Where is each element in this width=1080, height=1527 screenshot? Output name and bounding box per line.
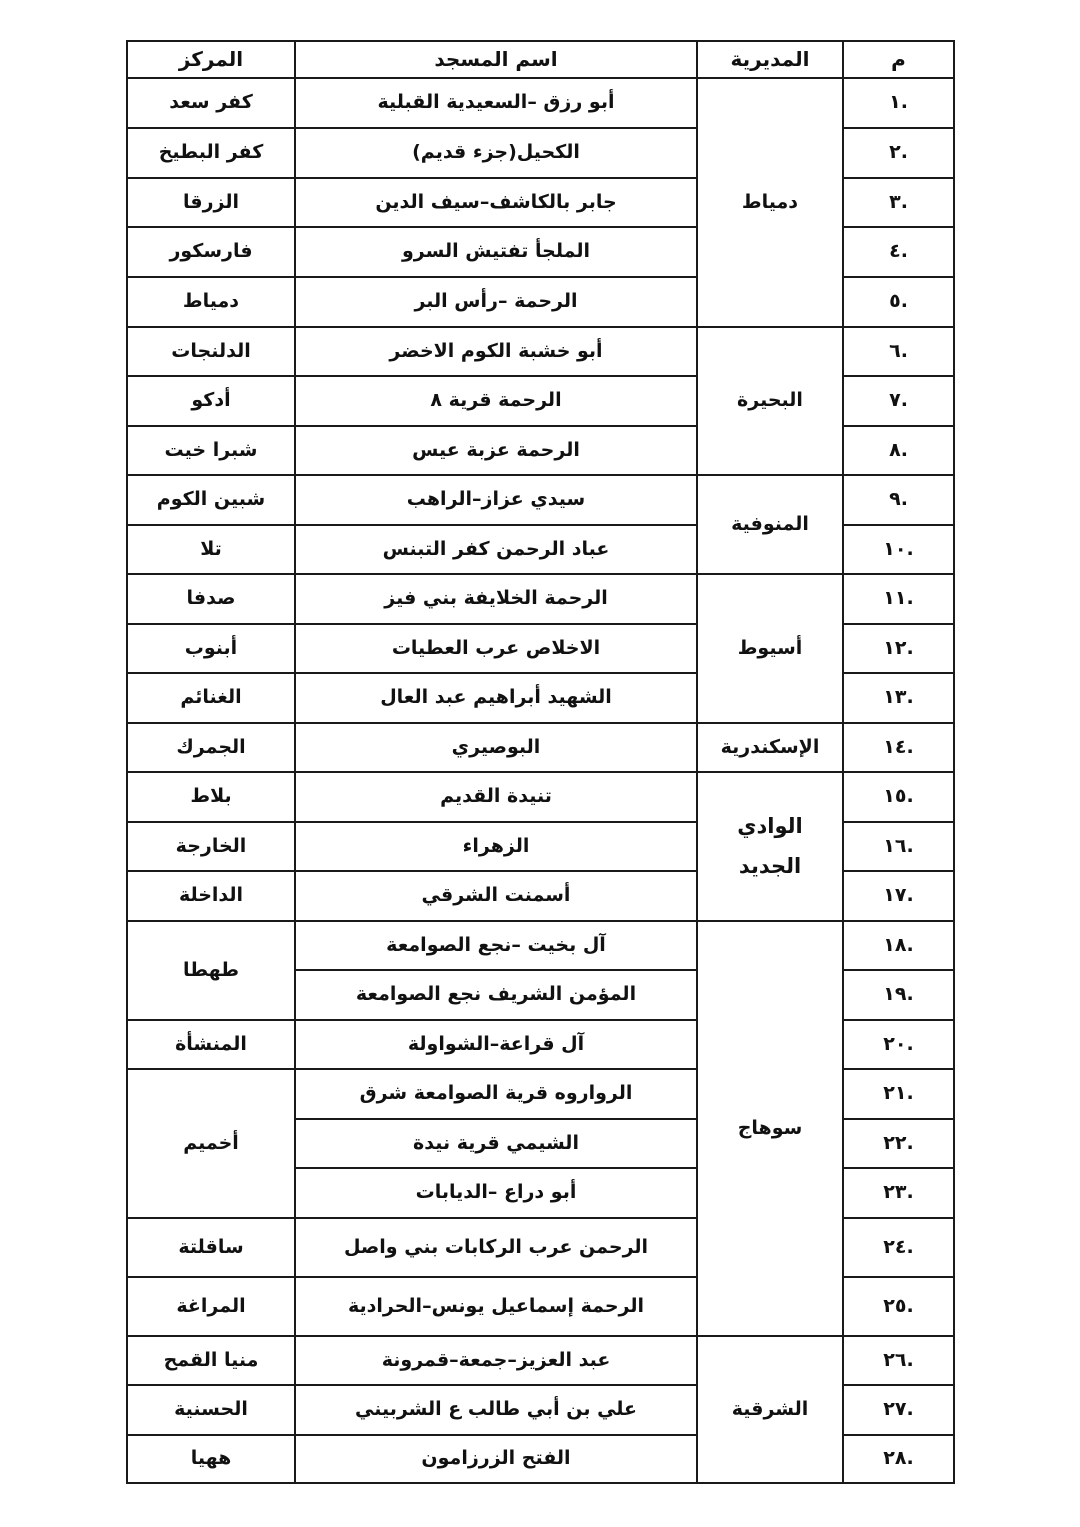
center-name: أخميم [127, 1069, 295, 1218]
row-num: .١٣ [843, 673, 954, 723]
row-num: .٧ [843, 376, 954, 426]
center-name: بلاط [127, 772, 295, 822]
row-num: .٢٦ [843, 1336, 954, 1385]
row-num: .٢٠ [843, 1020, 954, 1069]
mosque-name: الرحمة عزبة عيس [295, 426, 697, 475]
center-name: الحسنية [127, 1385, 295, 1435]
center-name: الداخلة [127, 871, 295, 921]
row-num: .١٥ [843, 772, 954, 822]
center-name: المراغة [127, 1277, 295, 1336]
row-num: .٢٢ [843, 1119, 954, 1168]
directorate-cell: البحيرة [697, 327, 843, 475]
mosque-name: الشهيد أبراهيم عبد العال [295, 673, 697, 723]
row-num: .١٢ [843, 624, 954, 673]
mosque-name: علي بن أبي طالب ع الشربيني [295, 1385, 697, 1435]
center-name: صدفا [127, 574, 295, 624]
row-num: .٢٧ [843, 1385, 954, 1435]
directorate-name: الوادي الجديد [730, 807, 810, 887]
mosque-name: آل قراعة–الشواولة [295, 1020, 697, 1069]
center-name: كفر سعد [127, 78, 295, 128]
row-num: .١٠ [843, 525, 954, 574]
center-name: فارسكور [127, 227, 295, 277]
mosque-name: آل بخيت –نجع الصوامعة [295, 921, 697, 970]
mosque-name: الرواروه قرية الصوامعة شرق [295, 1069, 697, 1119]
center-name: تلا [127, 525, 295, 574]
mosque-name: الرحمة قرية ٨ [295, 376, 697, 426]
table-row: .٩ المنوفية سيدي عزاز–الراهب شبين الكوم [127, 475, 954, 525]
directorate-cell: سوهاج [697, 921, 843, 1336]
mosque-name: الاخلاص عرب العطيات [295, 624, 697, 673]
center-name: أبنوب [127, 624, 295, 673]
mosque-name: أسمنت الشرقي [295, 871, 697, 921]
row-num: .٢٣ [843, 1168, 954, 1218]
center-name: الزرقا [127, 178, 295, 227]
mosque-name: الرحمة إسماعيل يونس–الحرادية [295, 1277, 697, 1336]
center-name: ههيا [127, 1435, 295, 1483]
center-name: منيا القمح [127, 1336, 295, 1385]
center-name: كفر البطيخ [127, 128, 295, 178]
mosque-name: تنيدة القديم [295, 772, 697, 822]
mosque-name: الرحمن عرب الركابات بني واصل [295, 1218, 697, 1277]
mosque-name: جابر بالكاشف–سيف الدين [295, 178, 697, 227]
row-num: .٢١ [843, 1069, 954, 1119]
center-name: شبين الكوم [127, 475, 295, 525]
mosque-name: المؤمن الشريف نجع الصوامعة [295, 970, 697, 1020]
center-name: أدكو [127, 376, 295, 426]
directorate-cell: الوادي الجديد [697, 772, 843, 921]
row-num: .١٤ [843, 723, 954, 772]
row-num: .١٦ [843, 822, 954, 871]
header-num: م [843, 41, 954, 78]
mosque-name: أبو دراع –الديابات [295, 1168, 697, 1218]
row-num: .١٨ [843, 921, 954, 970]
row-num: .٢٨ [843, 1435, 954, 1483]
center-name: المنشأة [127, 1020, 295, 1069]
row-num: .٩ [843, 475, 954, 525]
directorate-cell: المنوفية [697, 475, 843, 574]
mosque-name: الكحيل(جزء قديم) [295, 128, 697, 178]
row-num: .٢٥ [843, 1277, 954, 1336]
center-name: ساقلتة [127, 1218, 295, 1277]
header-directorate: المديرية [697, 41, 843, 78]
row-num: .٢٤ [843, 1218, 954, 1277]
mosque-name: عبد العزيز–جمعة–قمرونة [295, 1336, 697, 1385]
mosque-name: البوصيري [295, 723, 697, 772]
table-row: .٢٦ الشرقية عبد العزيز–جمعة–قمرونة منيا … [127, 1336, 954, 1385]
header-mosque: اسم المسجد [295, 41, 697, 78]
row-num: .٨ [843, 426, 954, 475]
mosques-table: م المديرية اسم المسجد المركز .١ دمياط أب… [126, 40, 955, 1484]
table-row: .١١ أسيوط الرحمة الخلايفة بني فيز صدفا [127, 574, 954, 624]
center-name: شبرا خيت [127, 426, 295, 475]
center-name: الغنائم [127, 673, 295, 723]
mosque-name: الملجأ تفتيش السرو [295, 227, 697, 277]
mosque-name: سيدي عزاز–الراهب [295, 475, 697, 525]
table-row: .١٤ الإسكندرية البوصيري الجمرك [127, 723, 954, 772]
row-num: .٦ [843, 327, 954, 376]
row-num: .١ [843, 78, 954, 128]
row-num: .٣ [843, 178, 954, 227]
table-row: .٦ البحيرة أبو خشبة الكوم الاخضر الدلنجا… [127, 327, 954, 376]
center-name: الجمرك [127, 723, 295, 772]
mosque-name: عباد الرحمن كفر التبنس [295, 525, 697, 574]
mosque-name: أبو رزق –السعيدية القبلية [295, 78, 697, 128]
center-name: الخارجة [127, 822, 295, 871]
row-num: .٥ [843, 277, 954, 327]
row-num: .١٩ [843, 970, 954, 1020]
mosque-name: الزهراء [295, 822, 697, 871]
header-center: المركز [127, 41, 295, 78]
header-row: م المديرية اسم المسجد المركز [127, 41, 954, 78]
center-name: طهطا [127, 921, 295, 1020]
table-row: .١٨ سوهاج آل بخيت –نجع الصوامعة طهطا [127, 921, 954, 970]
row-num: .٤ [843, 227, 954, 277]
row-num: .١٧ [843, 871, 954, 921]
mosque-name: أبو خشبة الكوم الاخضر [295, 327, 697, 376]
mosque-name: الفتح الزرزامون [295, 1435, 697, 1483]
table-row: .١ دمياط أبو رزق –السعيدية القبلية كفر س… [127, 78, 954, 128]
directorate-cell: أسيوط [697, 574, 843, 723]
directorate-cell: دمياط [697, 78, 843, 327]
mosque-name: الشيمي قرية نيدة [295, 1119, 697, 1168]
directorate-cell: الإسكندرية [697, 723, 843, 772]
row-num: .٢ [843, 128, 954, 178]
directorate-cell: الشرقية [697, 1336, 843, 1483]
mosque-name: الرحمة –رأس البر [295, 277, 697, 327]
center-name: دمياط [127, 277, 295, 327]
table-row: .١٥ الوادي الجديد تنيدة القديم بلاط [127, 772, 954, 822]
center-name: الدلنجات [127, 327, 295, 376]
mosque-name: الرحمة الخلايفة بني فيز [295, 574, 697, 624]
row-num: .١١ [843, 574, 954, 624]
